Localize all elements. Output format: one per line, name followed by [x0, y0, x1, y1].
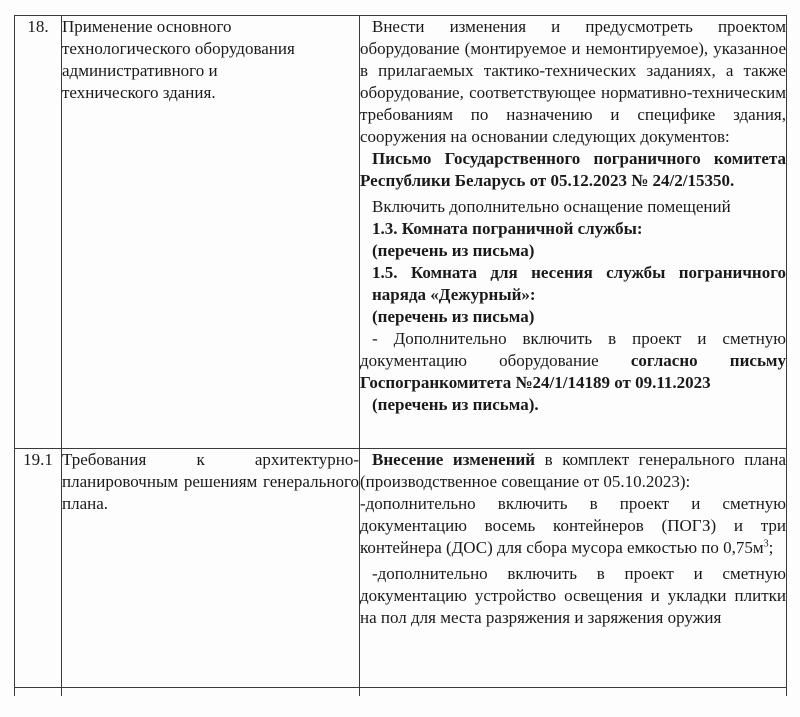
table-row-partial [15, 688, 787, 697]
table-row: 18. Применение основного технологическог… [15, 16, 787, 449]
item-1-5-heading: 1.5. Комната для несения службы погранич… [360, 262, 786, 306]
row-title-line: технического здания. [62, 82, 359, 104]
description-lead: Внесение изменений в комплект генерально… [360, 449, 786, 493]
row-number-text: 18. [27, 17, 48, 36]
row-title-cell [62, 688, 360, 697]
row-title-line: административного и [62, 60, 359, 82]
item-1-3-list-note: (перечень из письма) [360, 240, 786, 262]
containers-point-text: -дополнительно включить в проект и сметн… [360, 494, 786, 557]
lighting-tiles-point: -дополнительно включить в проект и сметн… [360, 563, 786, 629]
row-number: 18. [15, 16, 62, 449]
row-number-text: 19.1 [23, 450, 53, 469]
row-description-cell [360, 688, 787, 697]
row-title-cell: Требования к архитектурно-планировочным … [62, 449, 360, 688]
row-number: 19.1 [15, 449, 62, 688]
containers-point-suffix: ; [769, 538, 774, 557]
letter-reference: Письмо Государственного пограничного ком… [360, 148, 786, 192]
row-title-line: технологического оборудования [62, 38, 359, 60]
requirements-table: 18. Применение основного технологическог… [14, 15, 787, 696]
additional-list-note: (перечень из письма). [360, 394, 786, 416]
row-description-cell: Внесение изменений в комплект генерально… [360, 449, 787, 688]
row-title: Требования к архитектурно-планировочным … [62, 449, 359, 515]
row-title-line: Применение основного [62, 16, 359, 38]
table-row: 19.1 Требования к архитектурно-планирово… [15, 449, 787, 688]
containers-point: -дополнительно включить в проект и сметн… [360, 493, 786, 559]
additional-equipment: - Дополнительно включить в проект и смет… [360, 328, 786, 394]
include-intro: Включить дополнительно оснащение помещен… [360, 196, 786, 218]
document-page: 18. Применение основного технологическог… [0, 0, 800, 717]
row-number [15, 688, 62, 697]
row-description-cell: Внести изменения и предусмотреть проекто… [360, 16, 787, 449]
item-1-5-list-note: (перечень из письма) [360, 306, 786, 328]
row-title-cell: Применение основного технологического об… [62, 16, 360, 449]
item-1-3-heading: 1.3. Комната пограничной службы: [360, 218, 786, 240]
description-intro: Внести изменения и предусмотреть проекто… [360, 16, 786, 148]
description-lead-bold: Внесение изменений [372, 450, 535, 469]
